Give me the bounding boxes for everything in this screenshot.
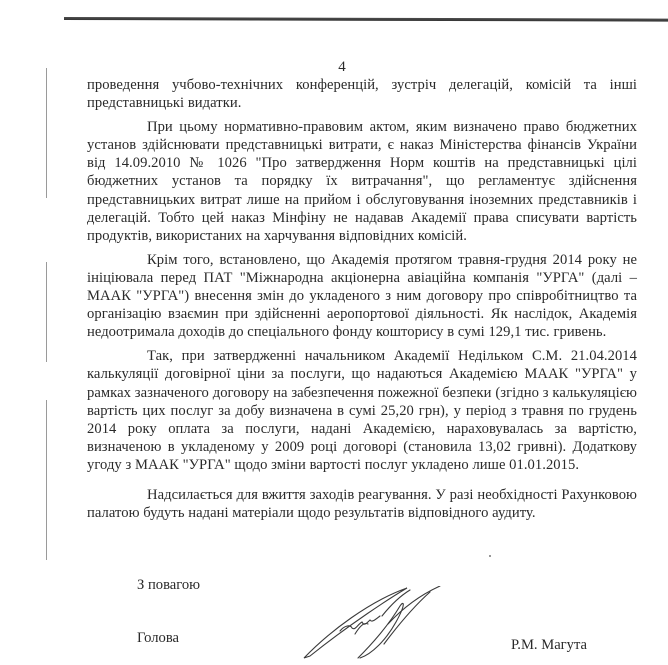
signatory-name: Р.М. Магута bbox=[511, 637, 587, 654]
paragraph-5: Надсилається для вжиття заходів реагуван… bbox=[87, 486, 637, 522]
page-number: 4 bbox=[47, 59, 637, 76]
handwritten-signature bbox=[300, 586, 460, 661]
paragraph-4: Так, при затвердженні начальником Академ… bbox=[87, 347, 637, 474]
closing-regards: З повагою bbox=[137, 577, 200, 594]
signatory-position: Голова bbox=[137, 630, 179, 647]
document-body: 4 проведення учбово-технічних конференці… bbox=[87, 56, 637, 522]
scan-margin-mark bbox=[46, 400, 47, 560]
paragraph-1: проведення учбово-технічних конференцій,… bbox=[87, 76, 637, 112]
scan-margin-mark bbox=[46, 262, 47, 362]
scan-speck bbox=[489, 555, 491, 557]
paragraph-2: При цьому нормативно-правовим актом, яки… bbox=[87, 118, 637, 245]
paragraph-3: Крім того, встановлено, що Академія прот… bbox=[87, 251, 637, 341]
scan-margin-mark bbox=[46, 68, 47, 198]
scan-top-edge-line bbox=[64, 17, 668, 22]
